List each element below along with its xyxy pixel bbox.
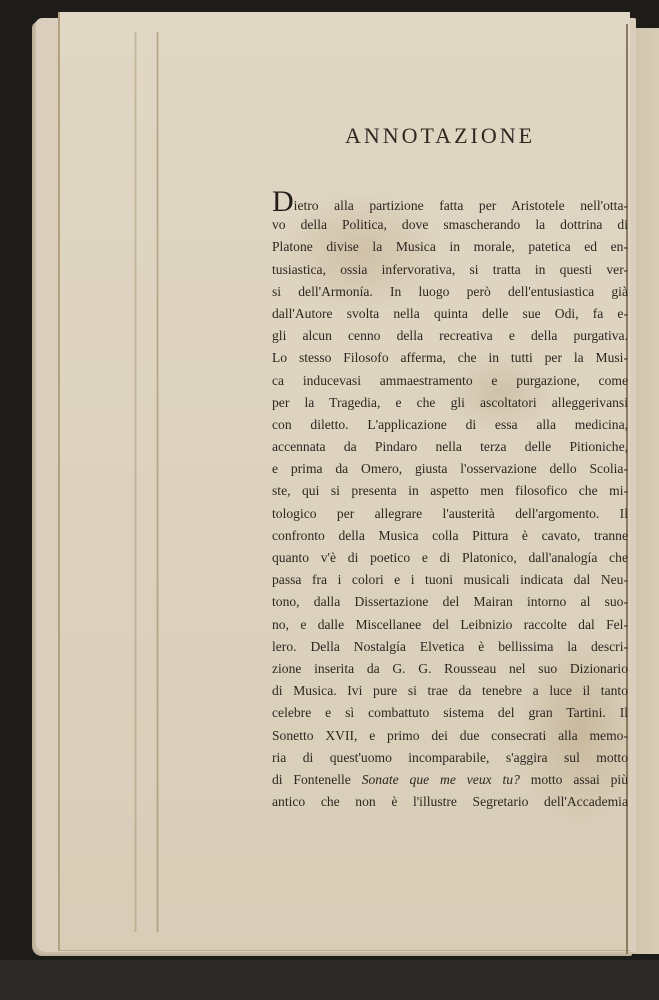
text-line: e prima da Omero, giusta l'osservazione …	[272, 458, 628, 480]
text-line: quanto v'è di poetico e di Platonico, da…	[272, 547, 628, 569]
text-line: gli alcun cenno della recreativa e della…	[272, 325, 628, 347]
text-line: di Musica. Ivi pure si trae da tenebre a…	[272, 680, 628, 702]
text-line: dall'Autore svolta nella quinta delle su…	[272, 303, 628, 325]
text-line: lero. Della Nostalgía Elvetica è belliss…	[272, 636, 628, 658]
backdrop	[0, 960, 659, 1000]
water-stain-line	[156, 32, 159, 932]
text-line: confronto della Musica colla Pittura è c…	[272, 525, 628, 547]
text-line: tologico per allegrare l'austerità dell'…	[272, 503, 628, 525]
text-line: Dietro alla partizione fatta per Aristot…	[272, 192, 628, 214]
text-line: antico che non è l'illustre Segretario d…	[272, 791, 628, 813]
text-line: per la Tragedia, e che gli ascoltatori a…	[272, 392, 628, 414]
text-line: di Fontenelle Sonate que me veux tu? mot…	[272, 769, 628, 791]
text-line: vo della Politica, dove smascherando la …	[272, 214, 628, 236]
text-line: zione inserita da G. G. Rousseau nel suo…	[272, 658, 628, 680]
text-line: tono, dalla Dissertazione del Mairan int…	[272, 591, 628, 613]
text-line: con diletto. L'applicazione di essa alla…	[272, 414, 628, 436]
text-line: accennata da Pindaro nella terza delle P…	[272, 436, 628, 458]
text-line: no, e dalle Miscellanee del Leibnizio ra…	[272, 614, 628, 636]
text-line: Platone divise la Musica in morale, pate…	[272, 236, 628, 258]
annotation-body: Dietro alla partizione fatta per Aristot…	[272, 192, 628, 813]
text-line: Lo stesso Filosofo afferma, che in tutti…	[272, 347, 628, 369]
text-line: Sonetto XVII, e primo dei due consecrati…	[272, 725, 628, 747]
text-line: si dell'Armonía. In luogo però dell'entu…	[272, 281, 628, 303]
italic-quote: Sonate que me veux tu?	[362, 772, 520, 787]
text-line: celebre e sì combattuto sistema del gran…	[272, 702, 628, 724]
page-title: ANNOTAZIONE	[260, 123, 620, 149]
text-line: ste, qui si presenta in aspetto men filo…	[272, 480, 628, 502]
text-line: ria di quest'uomo incomparabile, s'aggir…	[272, 747, 628, 769]
text-line: passa fra i colori e i tuoni musicali in…	[272, 569, 628, 591]
drop-cap: D	[272, 185, 294, 218]
text-line: tusiastica, ossia infervorativa, si trat…	[272, 259, 628, 281]
text-line: ca inducevasi ammaestramento e purgazion…	[272, 370, 628, 392]
water-stain-line	[134, 32, 137, 932]
